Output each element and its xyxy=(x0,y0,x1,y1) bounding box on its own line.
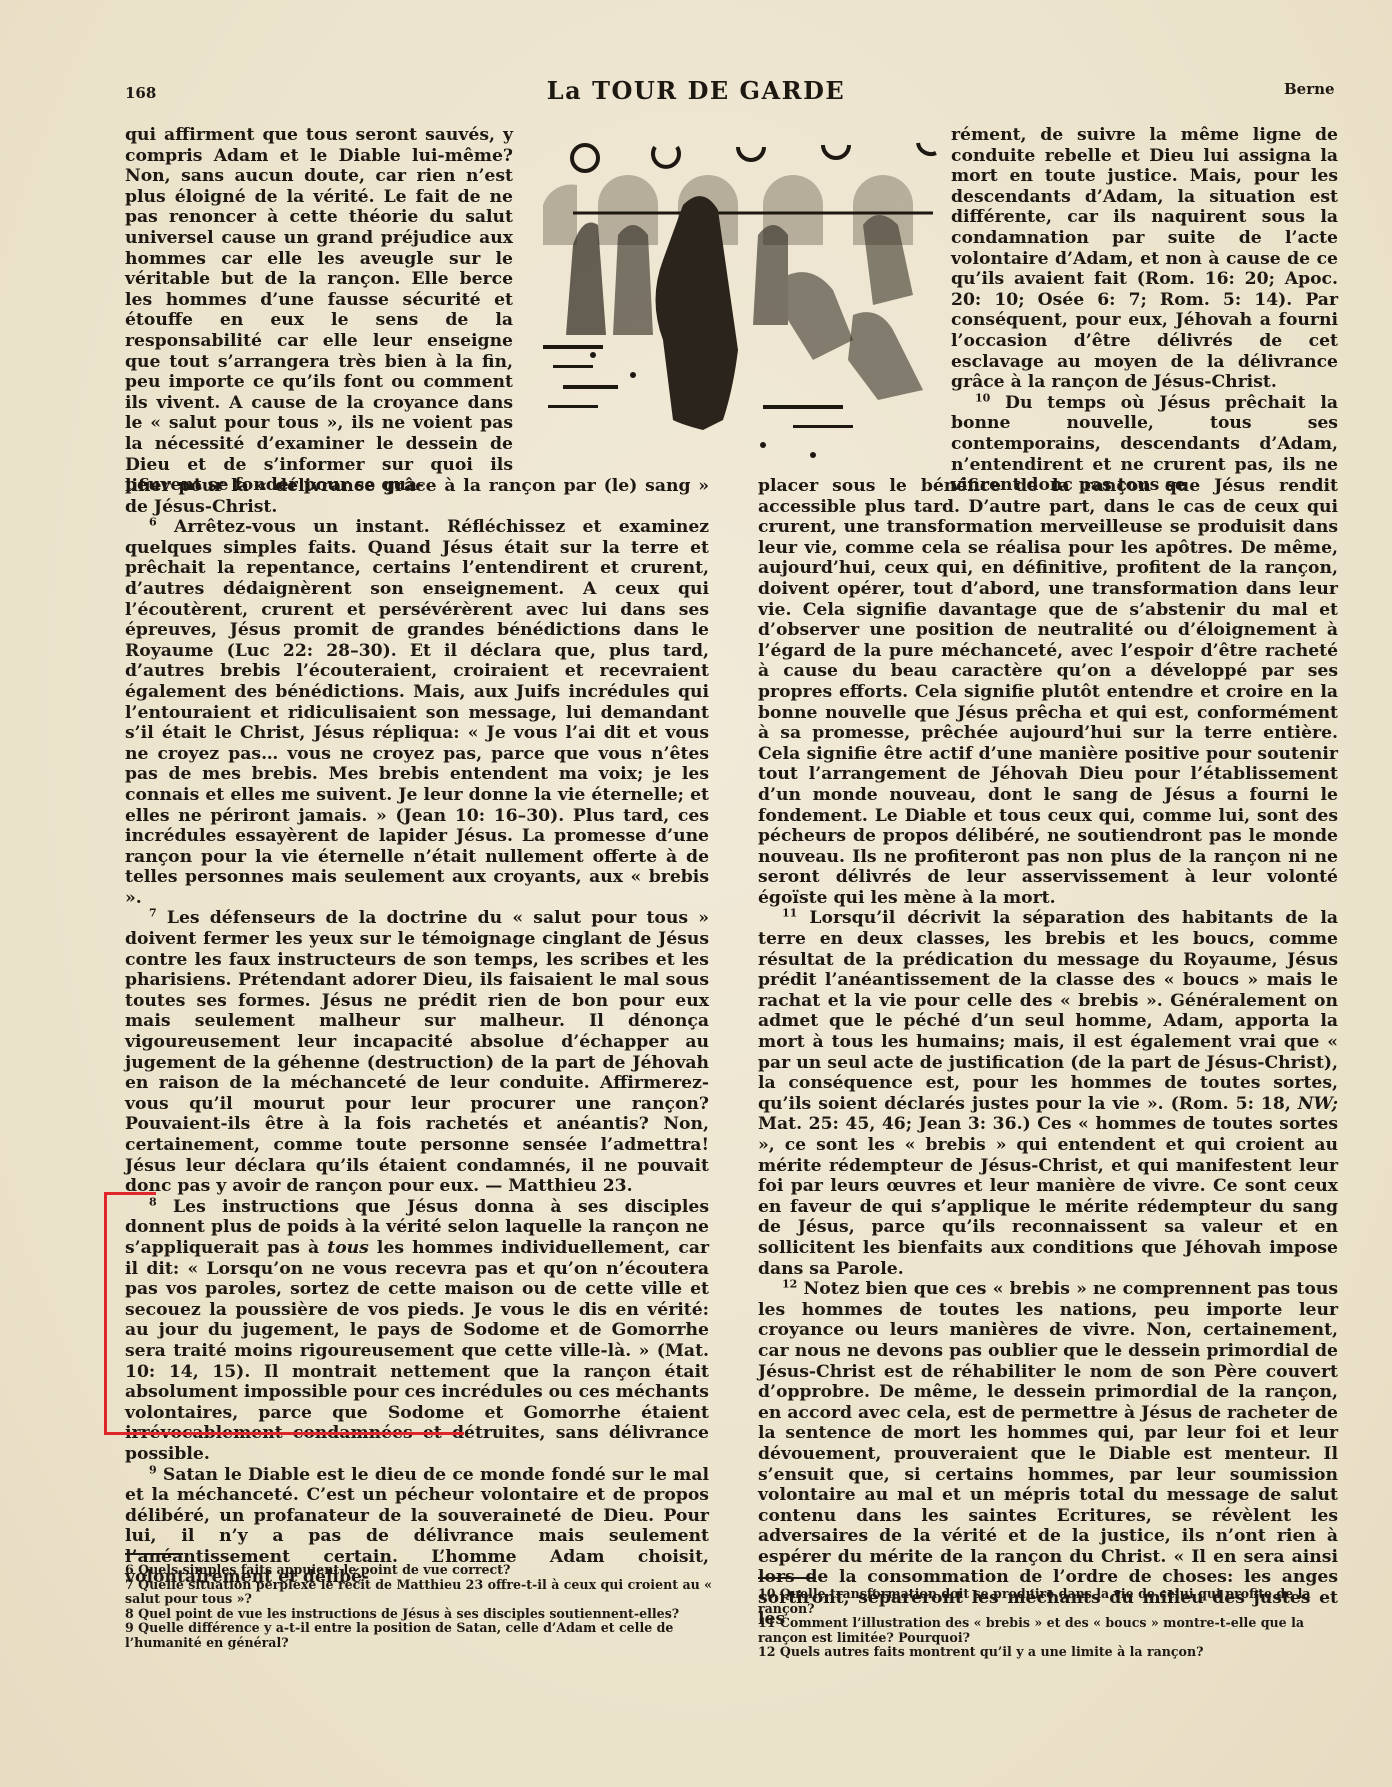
magazine-page: 168 La TOUR DE GARDE Berne qui affirment… xyxy=(0,0,1392,1787)
highlight-bracket-top xyxy=(104,1192,156,1195)
paragraph-number: 6 xyxy=(149,515,157,528)
study-question-8: 8 Quel point de vue les instructions de … xyxy=(125,1607,715,1622)
running-header: 168 La TOUR DE GARDE Berne xyxy=(0,72,1392,112)
paragraph-7: 7 Les défenseurs de la doctrine du « sal… xyxy=(125,908,709,1196)
paragraph-number: 7 xyxy=(149,907,157,920)
paragraph-5-continuation: qui affirment que tous seront sauvés, y … xyxy=(125,125,513,496)
left-study-questions: 6 Quels simples faits appuient le point … xyxy=(125,1553,715,1651)
paragraph-number: 8 xyxy=(149,1195,157,1208)
italic-emphasis: tous xyxy=(327,1238,369,1258)
highlight-bracket-side xyxy=(104,1192,107,1434)
paragraph-number: 10 xyxy=(975,391,990,404)
study-question-10: 10 Quelle transformation doit se produir… xyxy=(758,1587,1338,1616)
illustration-stoning-scene xyxy=(533,125,938,470)
study-question-11: 11 Comment l’illustration des « brebis »… xyxy=(758,1616,1338,1645)
paragraph-number: 12 xyxy=(782,1277,797,1290)
study-question-9: 9 Quelle différence y a-t-il entre la po… xyxy=(125,1621,715,1650)
paragraph-number: 9 xyxy=(149,1463,157,1476)
paragraph-10-continuation: placer sous le bénéfice de la rançon que… xyxy=(758,476,1338,908)
right-study-questions: 10 Quelle transformation doit se produir… xyxy=(758,1577,1338,1660)
left-column-body: lifier pour la « délivrance grâce à la r… xyxy=(125,476,709,1588)
study-question-7: 7 Quelle situation perplexe le récit de … xyxy=(125,1578,715,1607)
right-column-body: placer sous le bénéfice de la rançon que… xyxy=(758,476,1338,1629)
paragraph-text: Lorsqu’il décrivit la séparation des hab… xyxy=(758,908,1338,1113)
footnote-divider xyxy=(125,1553,183,1555)
italic-emphasis: NW; xyxy=(1298,1094,1338,1114)
left-column-top: qui affirment que tous seront sauvés, y … xyxy=(125,125,513,496)
paragraph-text: Arrêtez-vous un instant. Réfléchissez et… xyxy=(125,517,709,908)
right-column-top: rément, de suivre la même ligne de condu… xyxy=(951,125,1338,496)
study-question-12: 12 Quels autres faits montrent qu’il y a… xyxy=(758,1645,1338,1660)
paragraph-text: Les défenseurs de la doctrine du « salut… xyxy=(125,908,709,1196)
illustration-image xyxy=(533,125,938,470)
paragraph-8-highlighted: 8 Les instructions que Jésus donna à ses… xyxy=(125,1197,709,1465)
publication-title: La TOUR DE GARDE xyxy=(0,76,1392,105)
study-question-6: 6 Quels simples faits appuient le point … xyxy=(125,1563,715,1578)
footnote-divider xyxy=(758,1577,816,1579)
highlight-bracket-bottom xyxy=(104,1432,464,1435)
edition-label: Berne xyxy=(1284,80,1335,98)
paragraph-9-continuation: rément, de suivre la même ligne de condu… xyxy=(951,125,1338,393)
paragraph-5-end: lifier pour la « délivrance grâce à la r… xyxy=(125,476,709,517)
paragraph-11: 11 Lorsqu’il décrivit la séparation des … xyxy=(758,908,1338,1279)
paragraph-text: Mat. 25: 45, 46; Jean 3: 36.) Ces « homm… xyxy=(758,1114,1338,1278)
paragraph-number: 11 xyxy=(782,907,797,920)
paragraph-text: les hommes individuellement, car il dit:… xyxy=(125,1238,709,1464)
paragraph-6: 6 Arrêtez-vous un instant. Réfléchissez … xyxy=(125,517,709,908)
